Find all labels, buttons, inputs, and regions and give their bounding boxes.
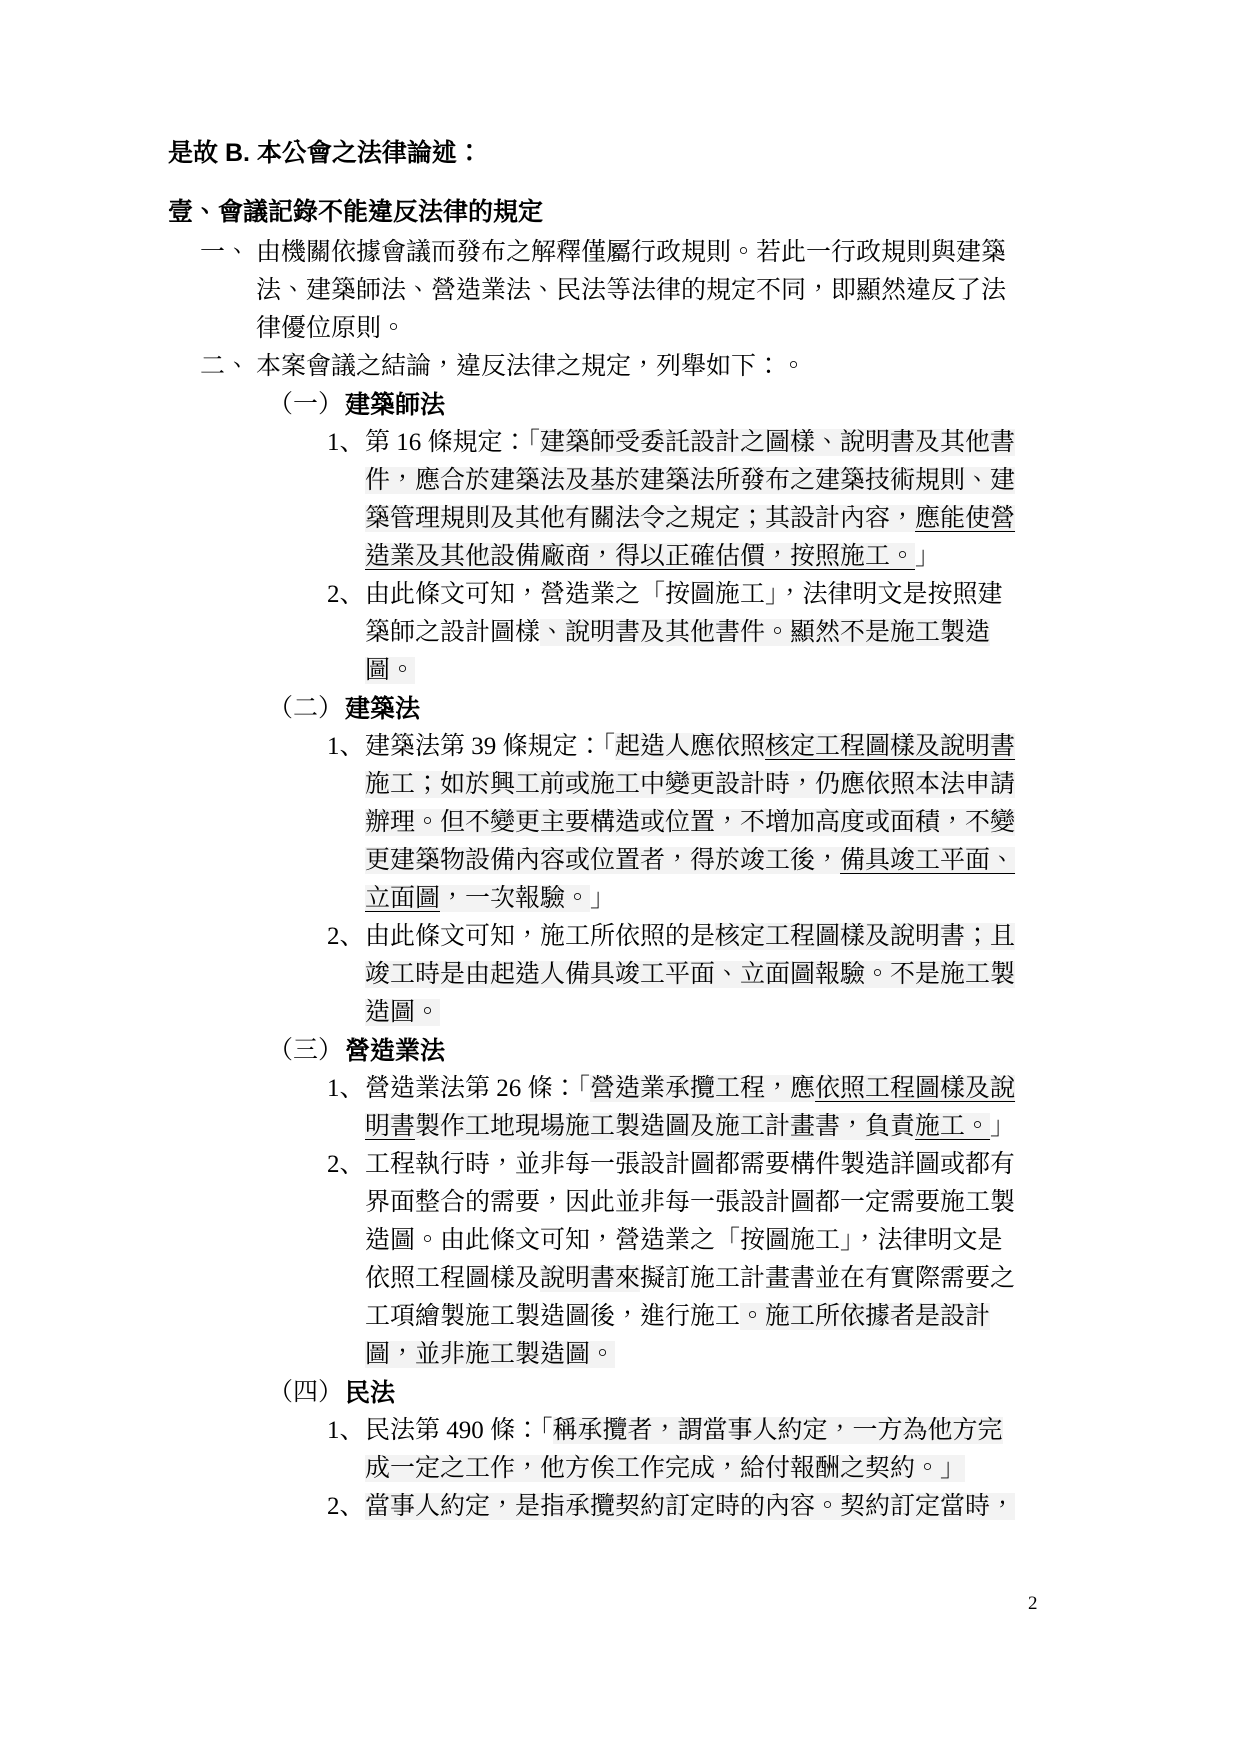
- sub-section-item: （一）建築師法: [268, 386, 1196, 424]
- text-run: 本案會議之結論，違反法律之規定，列舉如下：。: [256, 353, 806, 380]
- list-marker: 二、: [200, 348, 256, 386]
- text-run: 由機關依據會議而發布之解釋僅屬行政規則。若此一行政規則與建築法、建築師法、營造業…: [256, 239, 1006, 342]
- list-marker: 1、: [327, 1070, 365, 1108]
- sub-section-title: 民法: [345, 1374, 395, 1412]
- sub-section-title: 建築師法: [345, 386, 445, 424]
- list-marker: 2、: [327, 1146, 365, 1184]
- list-item: 1、第 16 條規定：「建築師受委託設計之圖樣、說明書及其他書件，應合於建築法及…: [327, 424, 1196, 576]
- list-item: 2、由此條文可知，營造業之「按圖施工」，法律明文是按照建築師之設計圖樣、說明書及…: [327, 576, 1196, 690]
- highlighted-text-run: 製作工地現場施工製造圖及施工計畫書，負責: [415, 1113, 915, 1140]
- list-marker: 1、: [327, 1412, 365, 1450]
- item-text: 當事人約定，是指承攬契約訂定時的內容。契約訂定當時，: [365, 1488, 1025, 1526]
- doc-body: 一、由機關依據會議而發布之解釋僅屬行政規則。若此一行政規則與建築法、建築師法、營…: [168, 234, 1196, 1526]
- sub-section-item: （四）民法: [268, 1374, 1196, 1412]
- underlined-highlighted-text-run: 施工。: [915, 1113, 990, 1140]
- item-text: 由此條文可知，營造業之「按圖施工」，法律明文是按照建築師之設計圖樣、說明書及其他…: [365, 576, 1025, 690]
- item-text: 第 16 條規定：「建築師受委託設計之圖樣、說明書及其他書件，應合於建築法及基於…: [365, 424, 1025, 576]
- text-run: 營造業法第 26 條：「: [365, 1075, 590, 1102]
- document-page: 是故 B. 本公會之法律論述： 壹、會議記錄不能違反法律的規定 一、由機關依據會…: [0, 0, 1241, 1755]
- highlighted-text-run: 說明書來: [540, 1265, 640, 1292]
- highlighted-text-run: 當事人約定，是指承攬契約訂定時的內容。契約訂定當時，: [365, 1493, 1015, 1520]
- sub-section-item: （三）營造業法: [268, 1032, 1196, 1070]
- underlined-highlighted-text-run: 核定工程圖樣及說明書: [765, 733, 1015, 760]
- item-text: 建築法第 39 條規定：「起造人應依照核定工程圖樣及說明書施工；如於興工前或施工…: [365, 728, 1025, 918]
- item-text: 本案會議之結論，違反法律之規定，列舉如下：。: [256, 348, 1026, 386]
- sub-section-title: 建築法: [345, 690, 420, 728]
- list-marker: 2、: [327, 918, 365, 956]
- list-item: 二、本案會議之結論，違反法律之規定，列舉如下：。: [200, 348, 1196, 386]
- highlighted-text-run: 起造人應依照: [615, 733, 765, 760]
- list-marker: （二）: [268, 690, 345, 728]
- list-item: 2、當事人約定，是指承攬契約訂定時的內容。契約訂定當時，: [327, 1488, 1196, 1526]
- item-text: 工程執行時，並非每一張設計圖都需要構件製造詳圖或都有界面整合的需要，因此並非每一…: [365, 1146, 1025, 1374]
- section-heading-1: 壹、會議記錄不能違反法律的規定: [168, 192, 1196, 232]
- sub-section-item: （二）建築法: [268, 690, 1196, 728]
- text-run: 民法第 490 條：「: [365, 1417, 553, 1444]
- list-marker: 一、: [200, 234, 256, 272]
- list-marker: 1、: [327, 424, 365, 462]
- list-item: 1、營造業法第 26 條：「營造業承攬工程，應依照工程圖樣及說明書製作工地現場施…: [327, 1070, 1196, 1146]
- list-item: 2、由此條文可知，施工所依照的是核定工程圖樣及說明書；且竣工時是由起造人備具竣工…: [327, 918, 1196, 1032]
- item-text: 由此條文可知，施工所依照的是核定工程圖樣及說明書；且竣工時是由起造人備具竣工平面…: [365, 918, 1025, 1032]
- document-intro-line: 是故 B. 本公會之法律論述：: [168, 133, 1196, 173]
- list-item: 1、建築法第 39 條規定：「起造人應依照核定工程圖樣及說明書施工；如於興工前或…: [327, 728, 1196, 918]
- list-marker: （一）: [268, 386, 345, 424]
- highlighted-text-run: ，一次報驗。: [440, 885, 590, 912]
- list-item: 1、民法第 490 條：「稱承攬者，謂當事人約定，一方為他方完成一定之工作，他方…: [327, 1412, 1196, 1488]
- list-marker: 2、: [327, 1488, 365, 1526]
- text-run: 」: [590, 885, 615, 912]
- text-run: 第 16 條規定：「: [365, 429, 540, 456]
- item-text: 營造業法第 26 條：「營造業承攬工程，應依照工程圖樣及說明書製作工地現場施工製…: [365, 1070, 1025, 1146]
- page-number: 2: [1028, 1592, 1038, 1616]
- list-item: 2、工程執行時，並非每一張設計圖都需要構件製造詳圖或都有界面整合的需要，因此並非…: [327, 1146, 1196, 1374]
- list-marker: 2、: [327, 576, 365, 614]
- text-run: 」: [990, 1113, 1015, 1140]
- list-item: 一、由機關依據會議而發布之解釋僅屬行政規則。若此一行政規則與建築法、建築師法、營…: [200, 234, 1196, 348]
- text-run: 建築法第 39 條規定：「: [365, 733, 615, 760]
- sub-section-title: 營造業法: [345, 1032, 445, 1070]
- item-text: 由機關依據會議而發布之解釋僅屬行政規則。若此一行政規則與建築法、建築師法、營造業…: [256, 234, 1026, 348]
- text-run: 」: [915, 543, 940, 570]
- highlighted-text-run: 營造業承攬工程，應: [590, 1075, 815, 1102]
- list-marker: （三）: [268, 1032, 345, 1070]
- text-run: 由此條文可知，施工所依照的是: [365, 923, 715, 950]
- list-marker: 1、: [327, 728, 365, 766]
- item-text: 民法第 490 條：「稱承攬者，謂當事人約定，一方為他方完成一定之工作，他方俟工…: [365, 1412, 1025, 1488]
- list-marker: （四）: [268, 1374, 345, 1412]
